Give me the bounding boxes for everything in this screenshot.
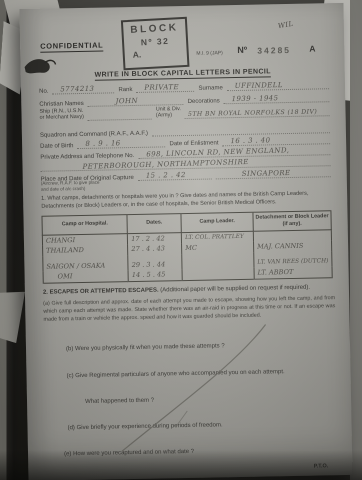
camps-table: Camp or Hospital. Dates. Camp Leader. De… [41,210,332,283]
backdrop-right [350,0,362,480]
form-reference: M.I. 9 (JAP) [196,50,223,57]
rank-label: Rank [118,87,132,93]
block-number-stamp: BLOCK Nº 32 A. [121,17,190,70]
capture-place-value: SINGAPORE [242,169,291,178]
unit-field: 5TH BN ROYAL NORFOLKS (18 DIV) [185,106,330,119]
question-2c: (c) Give Regimental particulars of anyon… [66,369,284,379]
dob-value: 8 . 9 . 16 [85,139,120,148]
decorations-value: 1939 - 1945 [232,94,279,103]
dob-label: Date of Birth [40,143,73,150]
enlistment-value: 16 . 3 . 40 [230,136,270,145]
form-instruction-heading: WRITE IN BLOCK CAPITAL LETTERS IN PENCIL [21,67,345,80]
question-2d: (d) Give briefly your experience during … [67,422,222,431]
question-2c-followup: What happened to them ? [85,398,154,405]
rank-field: PRIVATE [136,82,194,93]
block-stamp-line2: Nº 32 [124,35,186,48]
confidential-stamp: CONFIDENTIAL [40,41,103,53]
serial-number: 34285 [257,45,291,56]
section-2a-text: (a) Give full description and approx. da… [43,294,335,324]
scanned-document-photo: CONFIDENTIAL BLOCK Nº 32 A. M.I. 9 (JAP)… [0,0,362,480]
block-stamp-line1: BLOCK [123,22,186,36]
col-dates: Dates. [127,214,181,234]
enlistment-field: 16 . 3 . 40 [222,134,330,146]
unit-value: 5TH BN ROYAL NORFOLKS (18 DIV) [188,108,317,117]
rank-value: PRIVATE [144,83,179,92]
question-1-text: 1. What camps, detachments or hospitals … [41,190,333,211]
ship-field [88,110,152,121]
capture-date-value: 15 . 2 . 42 [146,171,186,180]
christian-names-field: JOHN [88,95,184,107]
col-camp-or-hospital: Camp or Hospital. [42,215,128,235]
no-field: 5774213 [52,83,114,94]
handwritten-initials: WIL [277,20,294,31]
surname-field: UFFINDELL [227,79,329,91]
col-camp-leader: Camp Leader. [181,212,253,232]
ship-label: Ship (R.N., U.S.N. or Merchant Navy) [39,108,84,122]
serial-no-sign: Nº [237,45,247,55]
enlistment-label: Date of Enlistment [169,140,218,147]
christian-names-label: Christian Names [39,101,83,108]
unit-label: Unit & Div. (Army) [156,106,181,119]
surname-label: Surname [198,85,222,91]
christian-names-value: JOHN [116,97,139,105]
serial-suffix: A [309,43,315,53]
decorations-field: 1939 - 1945 [224,92,330,104]
decorations-label: Decorations [188,98,220,105]
photo-shadow [0,450,362,480]
block-stamp-line3: A. [132,47,186,60]
questionnaire-form-page: CONFIDENTIAL BLOCK Nº 32 A. M.I. 9 (JAP)… [19,3,352,480]
ink-blot [22,52,56,79]
dob-field: 8 . 9 . 16 [77,137,165,149]
col-detachment-leader: Detachment or Block Leader (if any). [253,211,331,231]
surname-value: UFFINDELL [235,81,283,90]
capture-place-field: SINGAPORE [216,167,331,179]
no-value: 5774213 [60,85,94,94]
capture-date-field: 15 . 2 . 42 [138,169,212,180]
no-label: No. [39,89,48,95]
capture-aircrew-note: (Aircrew, R.A.F. to give place and date … [41,180,100,193]
question-2b: (b) Were you physically fit when you mad… [66,343,225,352]
